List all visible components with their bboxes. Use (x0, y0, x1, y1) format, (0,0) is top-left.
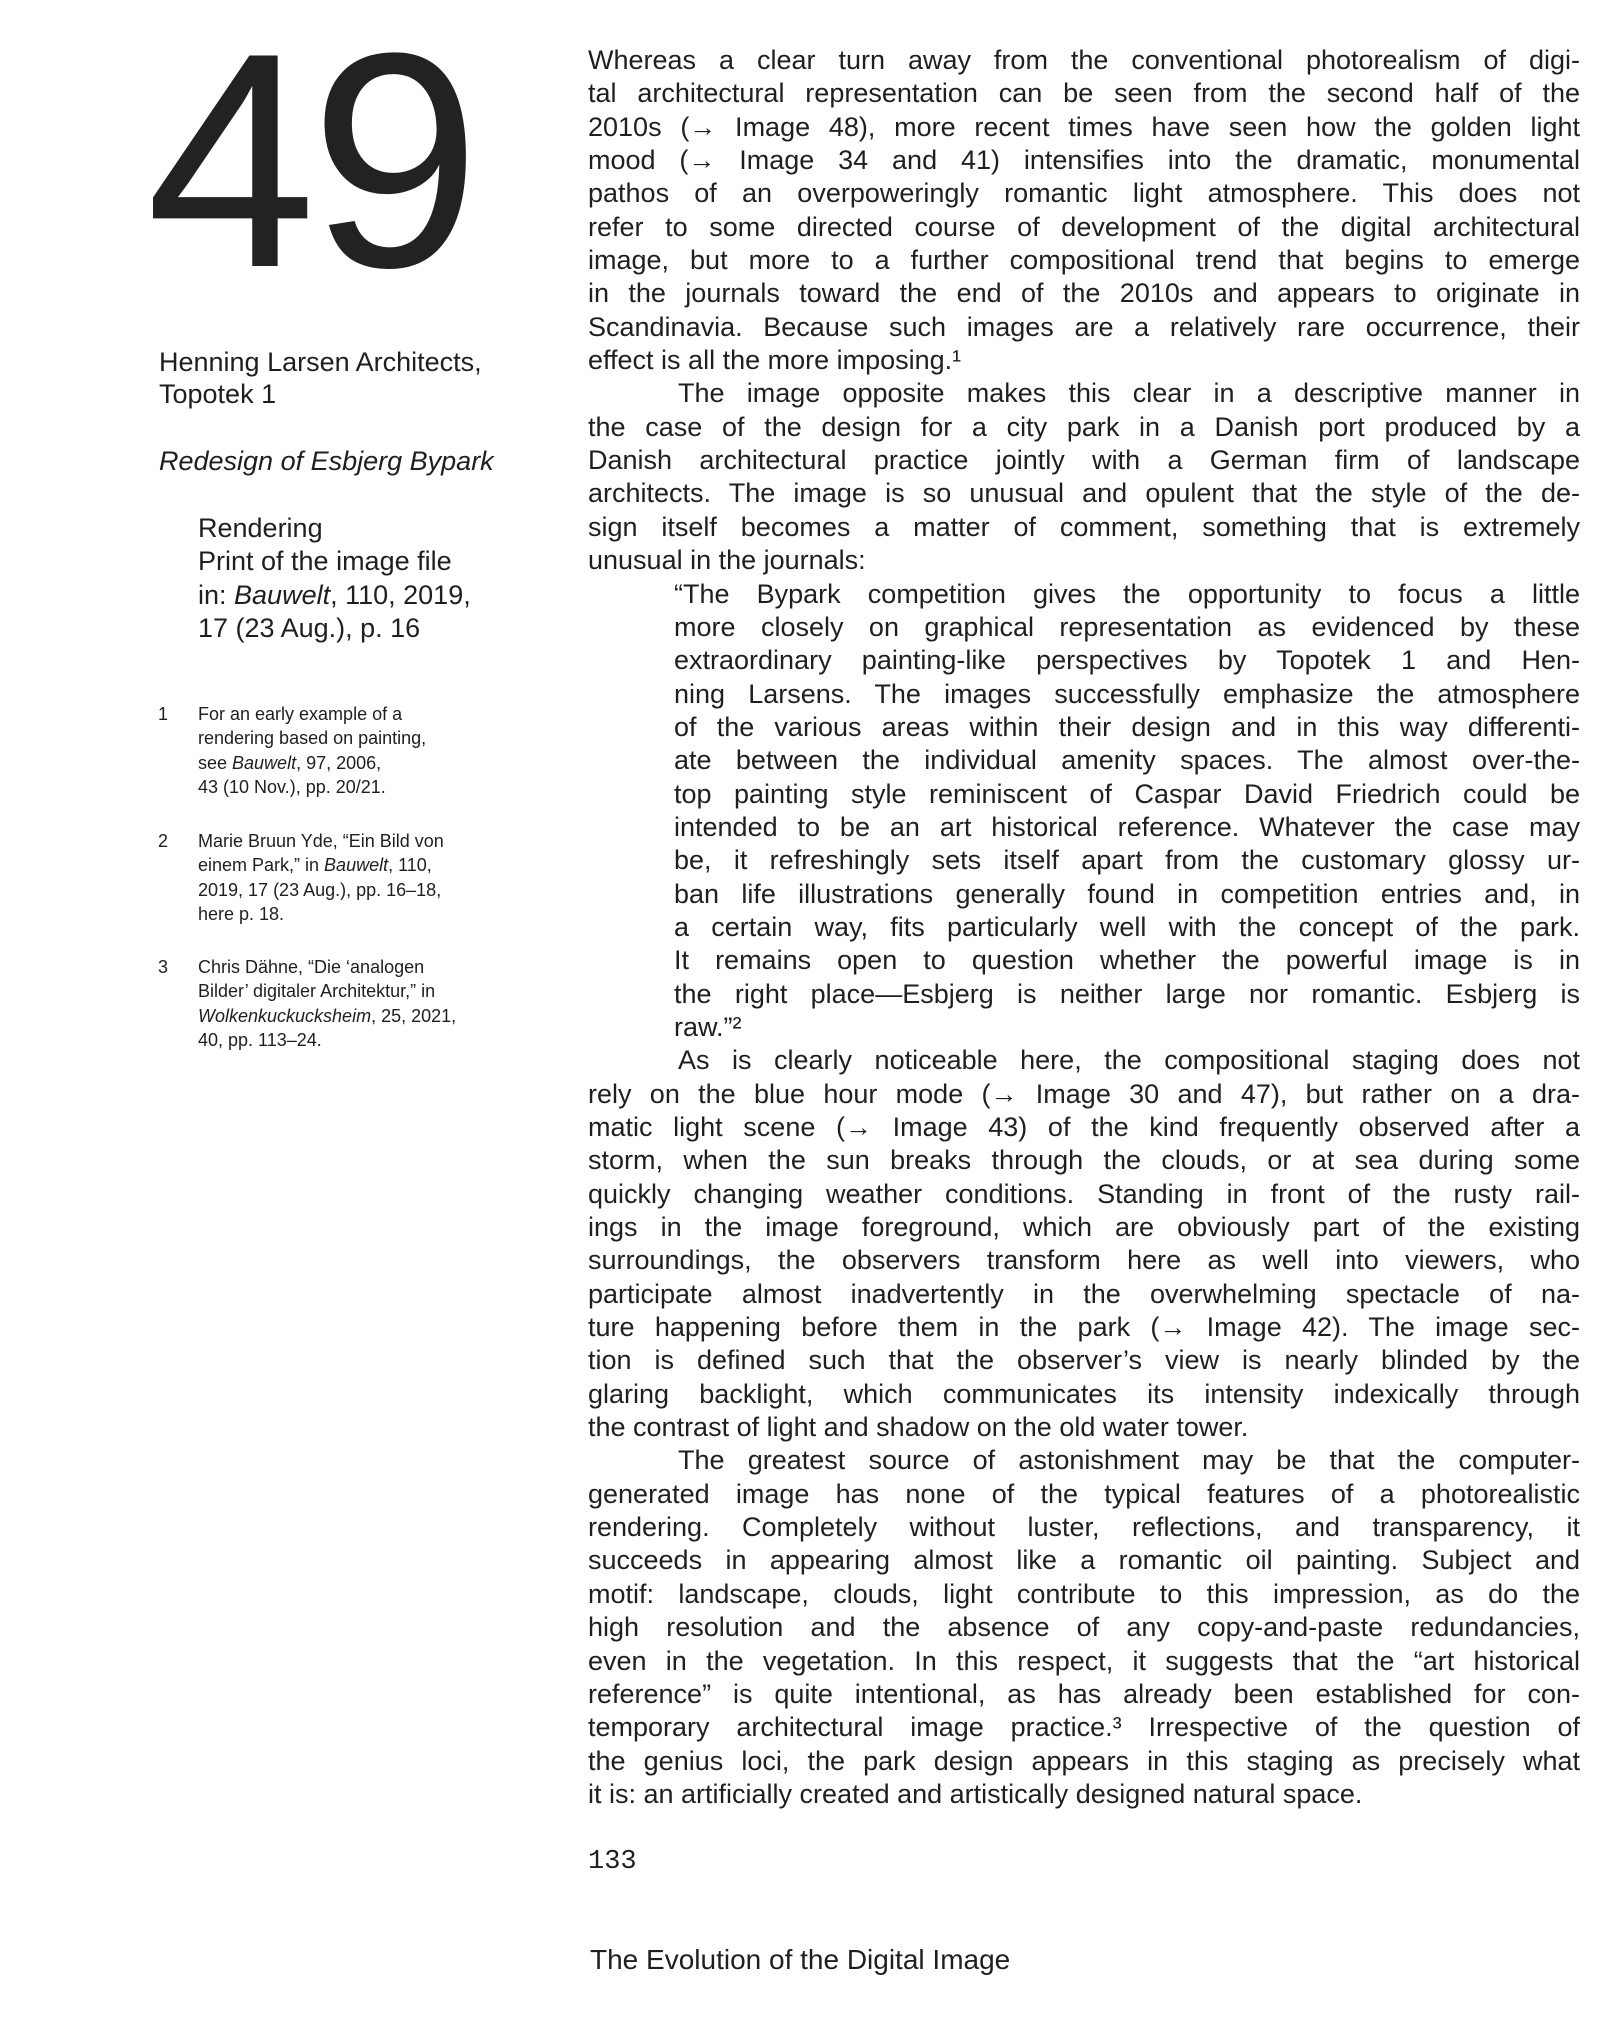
body-line: The image opposite makes this clear in a… (588, 377, 1580, 410)
footnote-text: Chris Dähne, “Die ‘analogen Bilder’ digi… (198, 955, 518, 1052)
caption-source-suffix: , 110, 2019, (330, 580, 471, 610)
footnote-number: 1 (158, 702, 168, 726)
footnote-line: For an early example of a (198, 702, 518, 726)
footnote-line: 43 (10 Nov.), pp. 20/21. (198, 775, 518, 799)
quote-line: the right place—Esbjerg is neither large… (588, 978, 1580, 1011)
footnote-journal-title: Bauwelt (324, 855, 388, 875)
body-line: rendering. Completely without luster, re… (588, 1511, 1580, 1544)
body-line: motif: landscape, clouds, light contribu… (588, 1578, 1580, 1611)
footnote-line: here p. 18. (198, 902, 518, 926)
body-line: ings in the image foreground, which are … (588, 1211, 1580, 1244)
body-line: 2010s (→ Image 48), more recent times ha… (588, 111, 1580, 144)
body-line: refer to some directed course of develop… (588, 211, 1580, 244)
footnote-3: 3 Chris Dähne, “Die ‘analogen Bilder’ di… (158, 955, 518, 1052)
footnote-line: 2019, 17 (23 Aug.), pp. 16–18, (198, 878, 518, 902)
body-line: matic light scene (→ Image 43) of the ki… (588, 1111, 1580, 1144)
quote-line: ban life illustrations generally found i… (588, 878, 1580, 911)
body-line: temporary architectural image practice.³… (588, 1711, 1580, 1744)
footnote-text-part: , 25, 2021, (371, 1006, 456, 1026)
body-line: The greatest source of astonishment may … (588, 1444, 1580, 1477)
footnote-number: 2 (158, 829, 168, 853)
body-line: Scandinavia. Because such images are a r… (588, 311, 1580, 344)
page-number: 133 (588, 1847, 637, 1877)
quote-line: “The Bypark competition gives the opport… (588, 578, 1580, 611)
footnote-journal-title: Bauwelt (232, 753, 296, 773)
body-line: Danish architectural practice jointly wi… (588, 444, 1580, 477)
body-line: the case of the design for a city park i… (588, 411, 1580, 444)
body-line: unusual in the journals: (588, 544, 1580, 577)
caption-medium: Rendering (198, 512, 323, 544)
body-line: storm, when the sun breaks through the c… (588, 1144, 1580, 1177)
footnote-line: see Bauwelt, 97, 2006, (198, 751, 518, 775)
footnote-journal-title: Wolkenkuckucksheim (198, 1006, 371, 1026)
footnote-1: 1 For an early example of a rendering ba… (158, 702, 518, 799)
quote-line: extraordinary painting-like perspectives… (588, 644, 1580, 677)
body-line: tion is defined such that the observer’s… (588, 1344, 1580, 1377)
body-line: the genius loci, the park design appears… (588, 1745, 1580, 1778)
body-line: even in the vegetation. In this respect,… (588, 1645, 1580, 1678)
body-line: succeeds in appearing almost like a roma… (588, 1544, 1580, 1577)
quote-line: raw.”² (588, 1011, 1580, 1044)
footnote-text-part: , 97, 2006, (296, 753, 381, 773)
body-line: rely on the blue hour mode (→ Image 30 a… (588, 1078, 1580, 1111)
footnote-line: 40, pp. 113–24. (198, 1028, 518, 1052)
quote-line: a certain way, fits particularly well wi… (588, 911, 1580, 944)
quote-line: more closely on graphical representation… (588, 611, 1580, 644)
body-line: quickly changing weather conditions. Sta… (588, 1178, 1580, 1211)
quote-line: top painting style reminiscent of Caspar… (588, 778, 1580, 811)
footnote-2: 2 Marie Bruun Yde, “Ein Bild von einem P… (158, 829, 518, 926)
plate-number: 49 (146, 0, 474, 320)
footnote-text: For an early example of a rendering base… (198, 702, 518, 799)
body-line: in the journals toward the end of the 20… (588, 277, 1580, 310)
footnote-line: einem Park,” in Bauwelt, 110, (198, 853, 518, 877)
body-line: participate almost inadvertently in the … (588, 1278, 1580, 1311)
footnote-line: Marie Bruun Yde, “Ein Bild von (198, 829, 518, 853)
footnote-number: 3 (158, 955, 168, 979)
body-line: mood (→ Image 34 and 41) intensifies int… (588, 144, 1580, 177)
body-line: surroundings, the observers transform he… (588, 1244, 1580, 1277)
body-line: tal architectural representation can be … (588, 77, 1580, 110)
quote-line: intended to be an art historical referen… (588, 811, 1580, 844)
body-line: generated image has none of the typical … (588, 1478, 1580, 1511)
quote-line: of the various areas within their design… (588, 711, 1580, 744)
body-line: sign itself becomes a matter of comment,… (588, 511, 1580, 544)
quote-line: It remains open to question whether the … (588, 944, 1580, 977)
body-line: glaring backlight, which communicates it… (588, 1378, 1580, 1411)
footnote-text-part: , 110, (388, 855, 432, 875)
body-line: the contrast of light and shadow on the … (588, 1411, 1580, 1444)
caption-source-line-1: Print of the image file (198, 545, 452, 577)
footnote-line: rendering based on painting, (198, 726, 518, 750)
caption-title: Redesign of Esbjerg Bypark (159, 445, 494, 477)
caption-title-text: Redesign of Esbjerg Bypark (159, 446, 494, 476)
body-line: ture happening before them in the park (… (588, 1311, 1580, 1344)
footnote-line: Wolkenkuckucksheim, 25, 2021, (198, 1004, 518, 1028)
footnote-line: Bilder’ digitaler Architektur,” in (198, 979, 518, 1003)
body-line: Whereas a clear turn away from the conve… (588, 44, 1580, 77)
body-line: reference” is quite intentional, as has … (588, 1678, 1580, 1711)
caption-source-line-2: in: Bauwelt, 110, 2019, (198, 579, 471, 611)
footnote-text-part: see (198, 753, 232, 773)
footnote-text-part: einem Park,” in (198, 855, 324, 875)
body-line: effect is all the more imposing.¹ (588, 344, 1580, 377)
quote-line: be, it refreshingly sets itself apart fr… (588, 844, 1580, 877)
body-line: As is clearly noticeable here, the compo… (588, 1044, 1580, 1077)
body-line: pathos of an overpoweringly romantic lig… (588, 177, 1580, 210)
footnote-line: Chris Dähne, “Die ‘analogen (198, 955, 518, 979)
caption-source-journal: Bauwelt (234, 580, 330, 610)
body-text: Whereas a clear turn away from the conve… (588, 44, 1580, 1811)
quote-line: ate between the individual amenity space… (588, 744, 1580, 777)
body-line: architects. The image is so unusual and … (588, 477, 1580, 510)
caption-source-line-3: 17 (23 Aug.), p. 16 (198, 612, 420, 644)
body-line: image, but more to a further composition… (588, 244, 1580, 277)
caption-authors-line-2: Topotek 1 (159, 378, 276, 410)
footnote-text: Marie Bruun Yde, “Ein Bild von einem Par… (198, 829, 518, 926)
body-line: it is: an artificially created and artis… (588, 1778, 1580, 1811)
body-line: high resolution and the absence of any c… (588, 1611, 1580, 1644)
running-footer-title: The Evolution of the Digital Image (590, 1943, 1010, 1977)
caption-authors-line-1: Henning Larsen Architects, (159, 346, 482, 378)
quote-line: ning Larsens. The images successfully em… (588, 678, 1580, 711)
caption-source-prefix: in: (198, 580, 234, 610)
